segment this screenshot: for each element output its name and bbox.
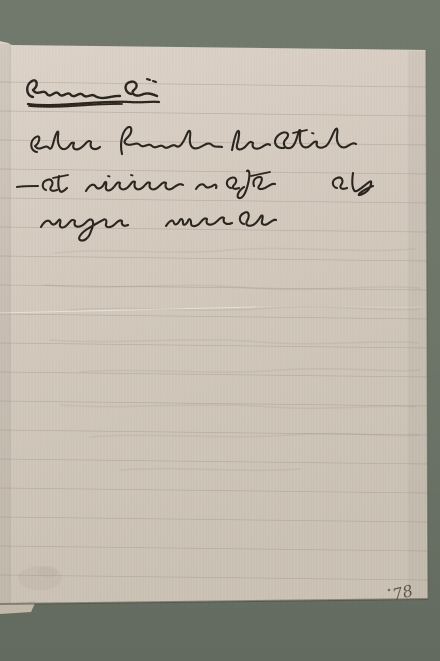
pencil-dot [388, 589, 391, 592]
scanned-notebook-photo: 78 Enhver Ko. Enhver Periode har Stil — … [0, 0, 440, 661]
scan-canvas: 78 [0, 0, 440, 661]
ink-smudge-inner [38, 566, 58, 578]
dash-stroke [17, 186, 38, 187]
right-edge-shading [408, 50, 428, 599]
left-edge-shading [0, 41, 9, 604]
